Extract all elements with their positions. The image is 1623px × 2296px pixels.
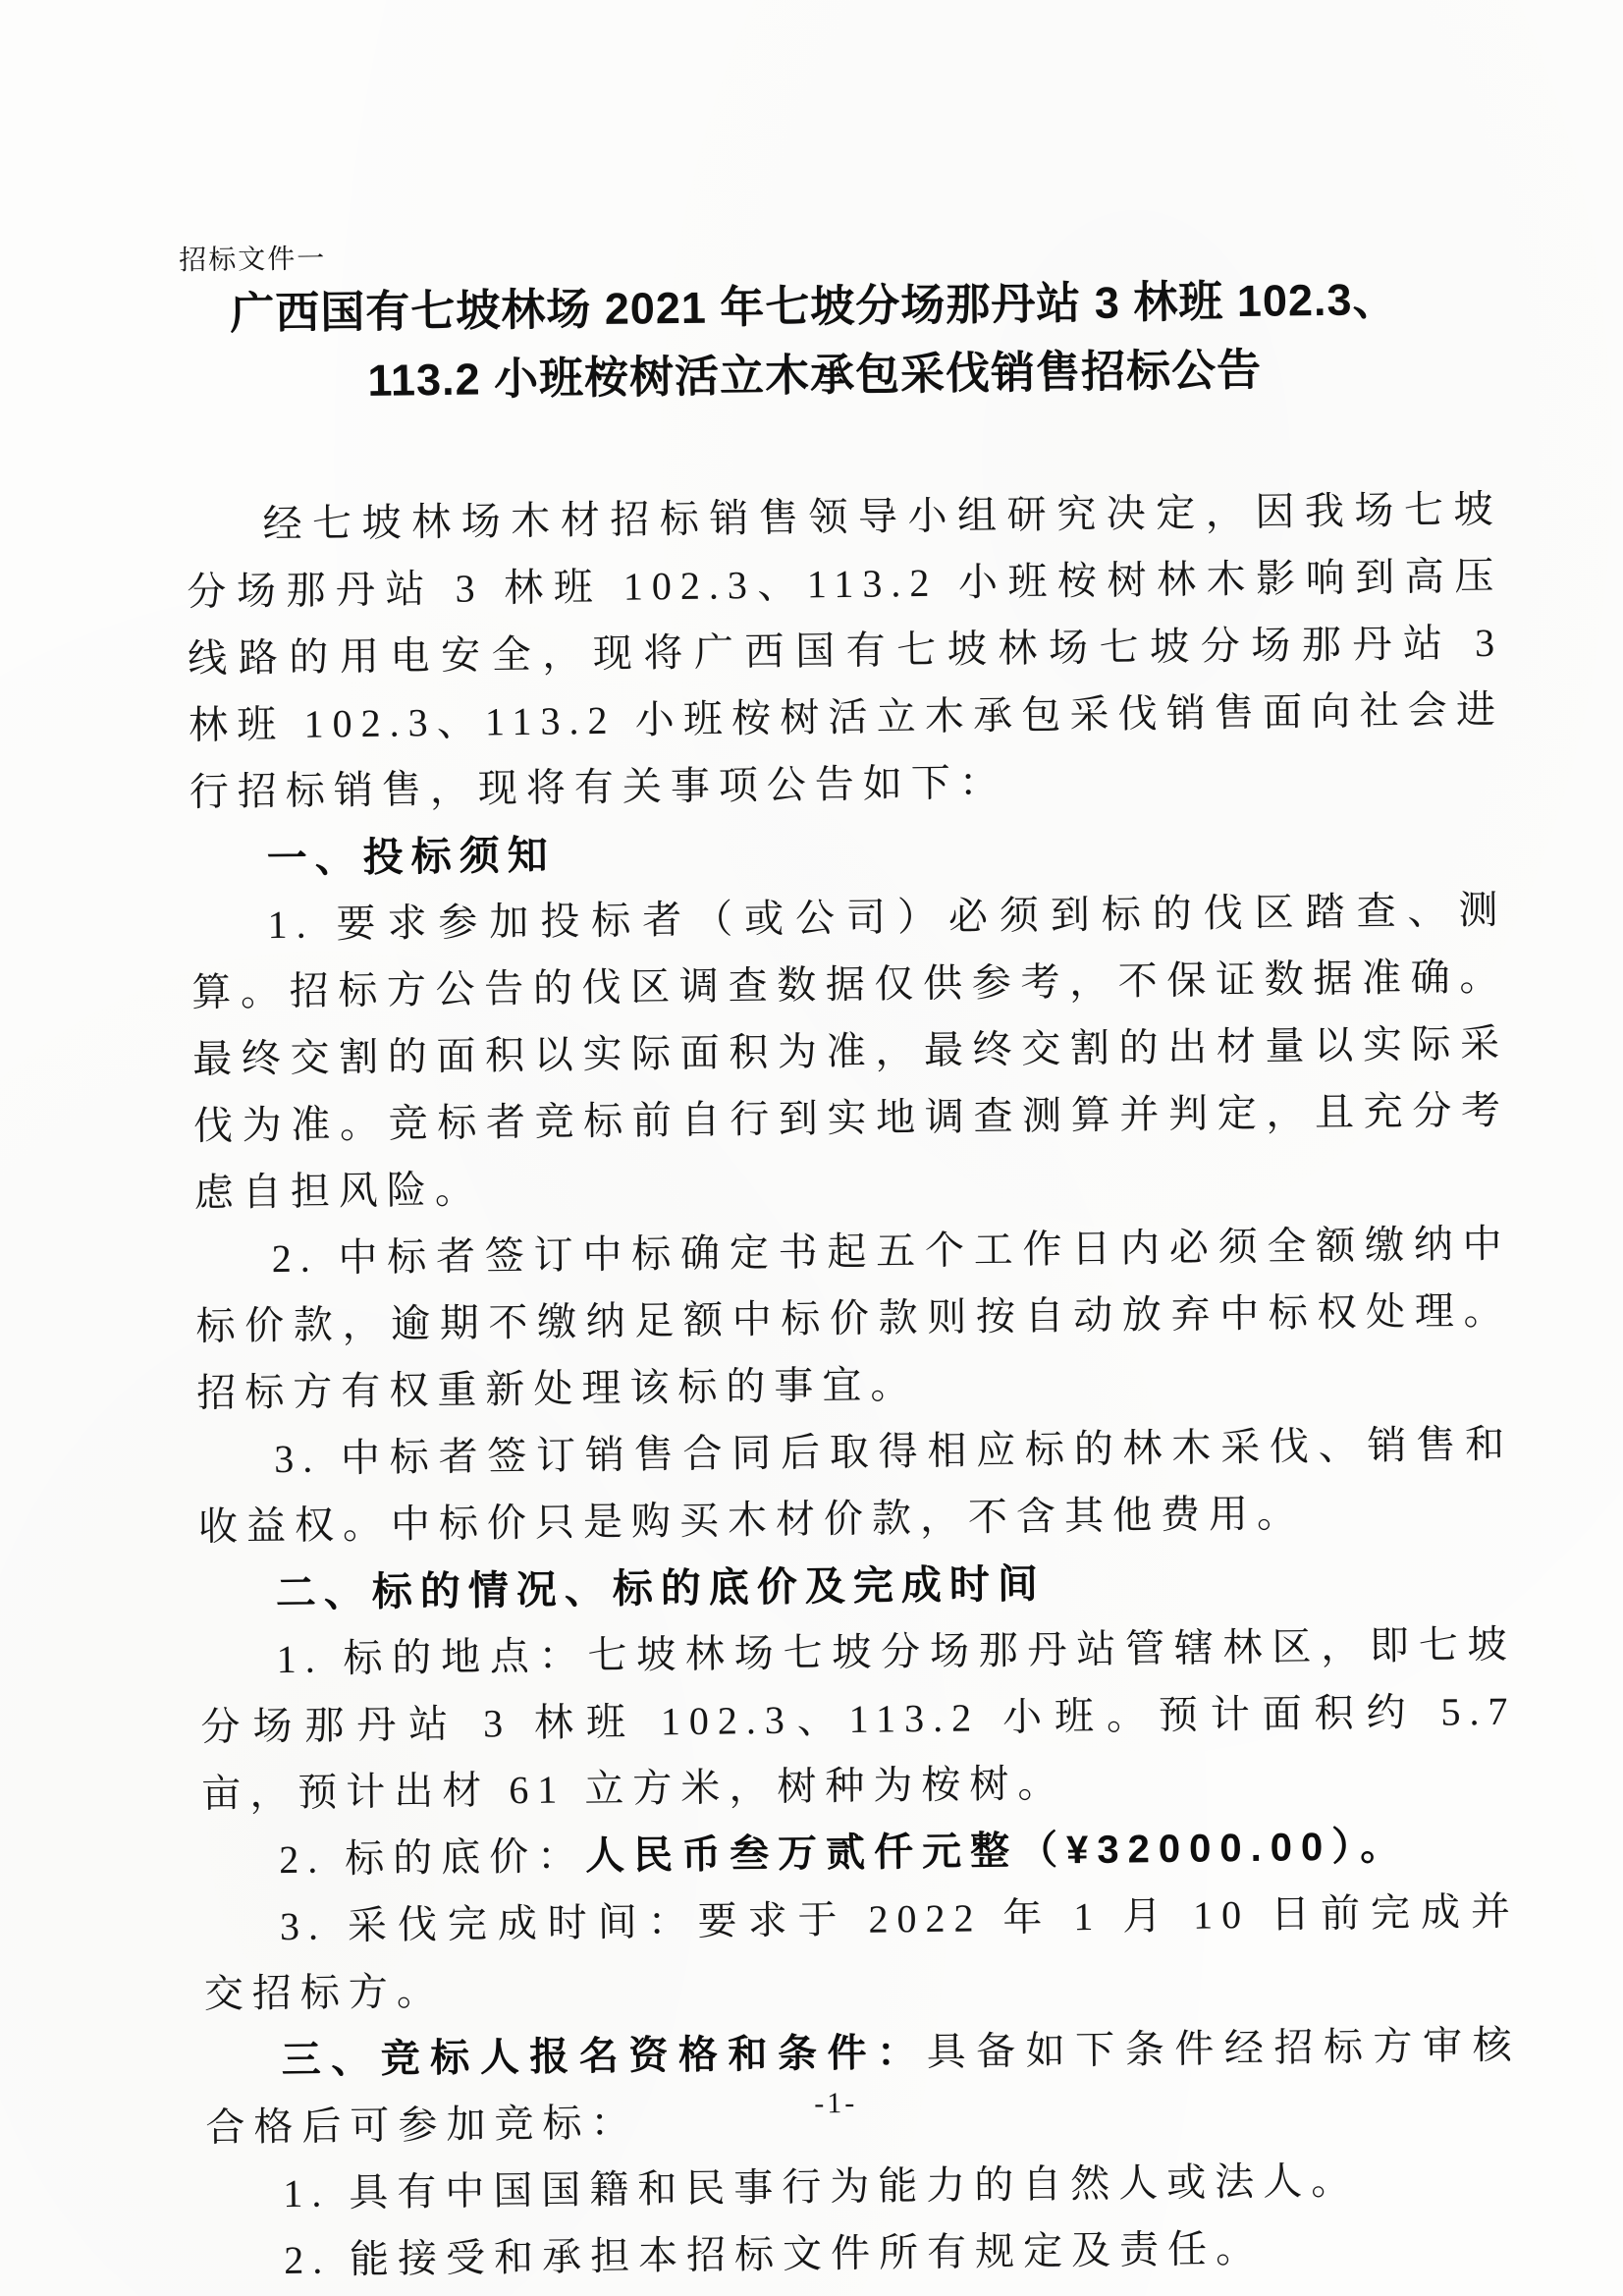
section-1-item-3: 3. 中标者签订销售合同后取得相应标的林木采伐、销售和收益权。中标价只是购买木材… [197,1411,1515,1560]
document-page: 招标文件一 广西国有七坡林场 2021 年七坡分场那丹站 3 林班 102.3、… [0,0,1623,2296]
page-title: 广西国有七坡林场 2021 年七坡分场那丹站 3 林班 102.3、113.2 … [117,264,1513,418]
section-3-heading: 三、竞标人报名资格和条件： [281,2031,927,2082]
scanned-sheet: 招标文件一 广西国有七坡林场 2021 年七坡分场那丹站 3 林班 102.3、… [116,223,1535,2263]
page-title-line-1: 广西国有七坡林场 2021 年七坡分场那丹站 3 林班 102.3、 [230,274,1398,339]
base-price-label: 2. 标的底价： [279,1833,586,1882]
intro-paragraph: 经七坡林场木材招标销售领导小组研究决定，因我场七坡分场那丹站 3 林班 102.… [186,476,1505,826]
base-price-value: 人民币叁万贰仟元整（¥32000.00）。 [585,1825,1409,1878]
section-1-item-2: 2. 中标者签订中标确定书起五个工作日内必须全额缴纳中标价款，逾期不缴纳足额中标… [194,1211,1512,1427]
document-body: 经七坡林场木材招标销售领导小组研究决定，因我场七坡分场那丹站 3 林班 102.… [186,476,1523,2295]
doc-label: 招标文件一 [179,237,326,278]
section-2-item-1: 1. 标的地点：七坡林场七坡分场那丹站管辖林区，即七坡分场那丹站 3 林班 10… [199,1612,1517,1828]
section-2-item-3: 3. 采伐完成时间：要求于 2022 年 1 月 10 日前完成并交招标方。 [203,1879,1521,2028]
page-title-line-2: 113.2 小班桉树活立木承包采伐销售招标公告 [367,345,1262,406]
section-1-item-1: 1. 要求参加投标者（或公司）必须到标的伐区踏查、测算。招标方公告的伐区调查数据… [190,877,1510,1227]
